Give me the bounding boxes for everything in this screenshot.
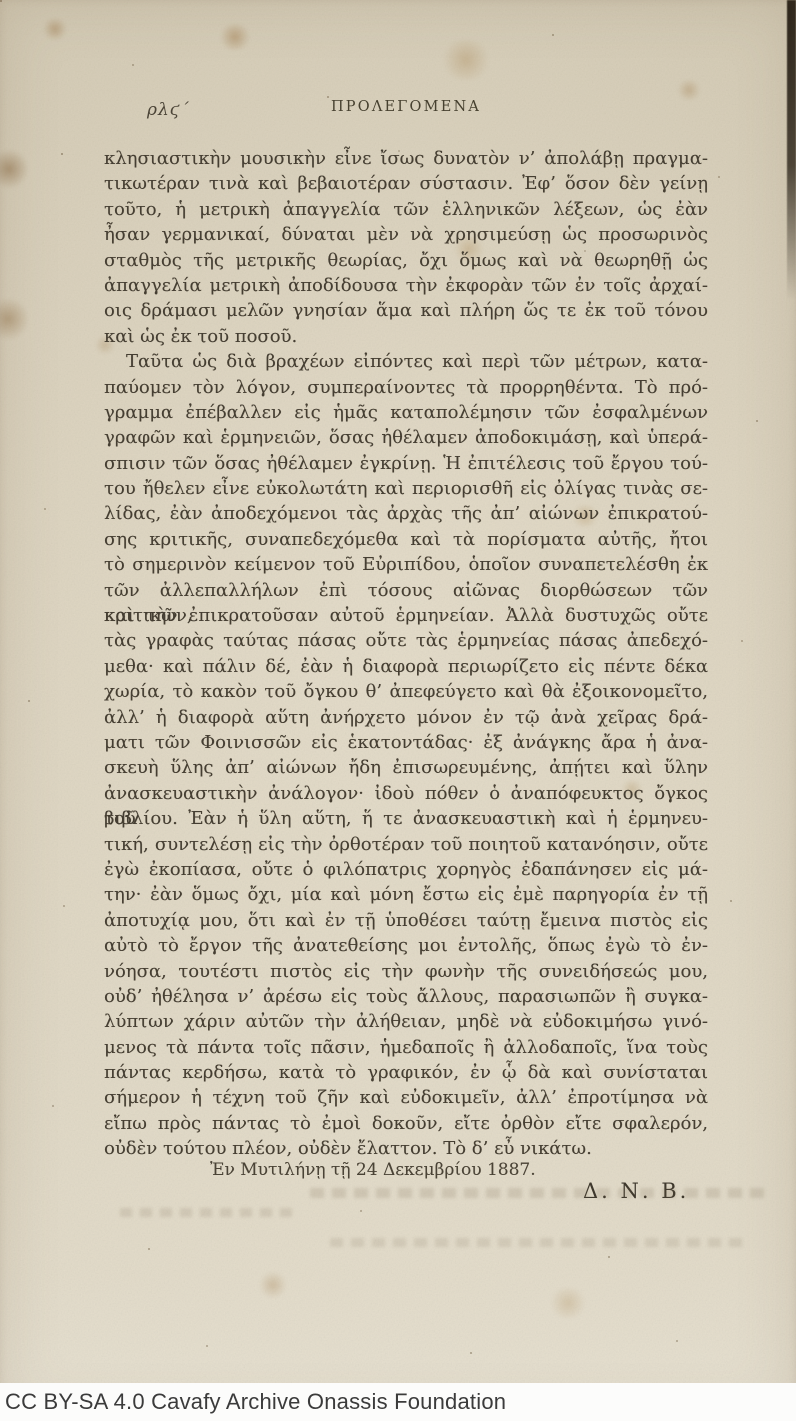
text-line: ἀλλ’ ἡ διαφορὰ αὕτη ἀνήρχετο μόνον ἐν τῷ… [104,705,708,730]
text-line: ἐγὼ ἐκοπίασα, οὔτε ὁ φιλόπατρις χορηγὸς … [104,857,708,882]
text-line: καὶ ὡς ἐκ τοῦ ποσοῦ. [104,324,708,349]
text-line: εἴπω πρὸς πάντας τὸ ἐμοὶ δοκοῦν, εἴτε ὀρ… [104,1111,708,1136]
text-line: παύομεν τὸν λόγον, συμπεραίνοντες τὰ προ… [104,375,708,400]
text-line: τὸ σημερινὸν κείμενον τοῦ Εὐριπίδου, ὁπο… [104,552,708,577]
license-caption: CC BY-SA 4.0 Cavafy Archive Onassis Foun… [0,1389,506,1415]
text-line: οις δράμασι μελῶν γνησίαν ἅμα καὶ πλήρη … [104,298,708,323]
text-line: σήμερον ἡ τέχνη τοῦ ζῆν καὶ εὐδοκιμεῖν, … [104,1085,708,1110]
text-line: οὐδ’ ἠθέλησα ν’ ἀρέσω εἰς τοὺς ἄλλους, π… [104,984,708,1009]
text-line: τοῦτο, ἡ μετρικὴ ἀπαγγελία τῶν ἑλληνικῶν… [104,197,708,222]
running-title: ΠΡΟΛΕΓΟΜΕΝΑ [104,99,708,115]
paragraph: κλησιαστικὴν μουσικὴν εἶνε ἴσως δυνατὸν … [104,146,708,349]
text-line: οὐδὲν τούτου πλέον, οὐδὲν ἔλαττον. Τὸ δ’… [104,1136,708,1161]
text-line: ἀπαγγελία μετρικὴ ἀποδίδουσα τὴν ἐκφορὰν… [104,273,708,298]
text-line: καὶ τὴν ἐπικρατοῦσαν αὐτοῦ ἑρμηνείαν. Ἀλ… [104,603,708,628]
text-line: μεθα· καὶ πάλιν δέ, ἐὰν ἡ διαφορὰ περιωρ… [104,654,708,679]
text-line: πάντας κερδήσω, κατὰ τὸ γραφικόν, ἐν ᾧ δ… [104,1060,708,1085]
text-line: γραμμα ἐπέβαλλεν εἰς ἡμᾶς καταπολέμησιν … [104,400,708,425]
text-line: ἀποτυχίᾳ μου, ὅτι καὶ ἐν τῇ ὑποθέσει ταύ… [104,908,708,933]
text-line: τῶν ἀλλεπαλλήλων ἐπὶ τόσους αἰῶνας διορθ… [104,578,708,603]
text-line: σταθμὸς τῆς μετρικῆς θεωρίας, ὄχι ὅμως κ… [104,248,708,273]
text-line: μενος τὰ πάντα τοῖς πᾶσιν, ἡμεδαποῖς ἢ ἀ… [104,1035,708,1060]
paragraph: Ταῦτα ὡς διὰ βραχέων εἰπόντες καὶ περὶ τ… [104,349,708,1162]
text-line: βιβλίου. Ἐὰν ἡ ὕλη αὕτη, ἥ τε ἀνασκευαστ… [104,806,708,831]
text-line: λύπτων χάριν αὐτῶν τὴν ἀλήθειαν, μηδὲ νὰ… [104,1009,708,1034]
text-line: του ἤθελεν εἶνε εὐκολωτάτη καὶ περιορισθ… [104,476,708,501]
scanned-book-page: { "header": { "page_number": "ρλϛ´", "ti… [0,0,796,1421]
text-line: χωρία, τὸ κακὸν τοῦ ὄγκου θ’ ἀπεφεύγετο … [104,679,708,704]
text-line: νόησα, τουτέστι πιστὸς εἰς τὴν φωνὴν τῆς… [104,959,708,984]
text-line: τικωτέραν τινὰ καὶ βεβαιοτέραν σύστασιν.… [104,171,708,196]
text-line: σπισιν τῶν ὅσας ἠθέλαμεν ἐγκρίνῃ. Ἡ ἐπιτ… [104,451,708,476]
text-line: σης κριτικῆς, συναπεδεχόμεθα καὶ τὰ πορί… [104,527,708,552]
text-line: τική, συντελέσῃ εἰς τὴν ὀρθοτέραν τοῦ πο… [104,832,708,857]
dateline: Ἐν Μυτιλήνῃ τῇ 24 Δεκεμβρίου 1887. [210,1160,536,1180]
text-line: λίδας, ἐὰν ἀποδεχόμενοι τὰς ἀρχὰς τῆς ἀπ… [104,501,708,526]
text-line: ματι τῶν Φοινισσῶν εἰς ἑκατοντάδας· ἐξ ἀ… [104,730,708,755]
text-line: τὰς γραφὰς ταύτας πάσας οὔτε τὰς ἑρμηνεί… [104,628,708,653]
text-line: ἀνασκευαστικὴν ἀνάλογον· ἰδοὺ πόθεν ὁ ἀν… [104,781,708,806]
text-line: αὐτὸ τὸ ἔργον τῆς ἀνατεθείσης μοι ἐντολῆ… [104,933,708,958]
text-column: κλησιαστικὴν μουσικὴν εἶνε ἴσως δυνατὸν … [104,146,708,1162]
signature-initials: Δ. Ν. Β. [583,1179,689,1203]
text-line: σκευὴ ὕλης ἀπ’ αἰώνων ἤδη ἐπισωρευμένης,… [104,755,708,780]
text-line: γραφῶν καὶ ἑρμηνειῶν, ὅσας ἠθέλαμεν ἀποδ… [104,425,708,450]
text-line: Ταῦτα ὡς διὰ βραχέων εἰπόντες καὶ περὶ τ… [104,349,708,374]
text-line: ἦσαν γερμανικαί, δύναται μὲν νὰ χρησιμεύ… [104,222,708,247]
license-bar: CC BY-SA 4.0 Cavafy Archive Onassis Foun… [0,1383,796,1421]
text-line: κλησιαστικὴν μουσικὴν εἶνε ἴσως δυνατὸν … [104,146,708,171]
text-line: την· ἐὰν ὅμως ὄχι, μία καὶ μόνη ἔστω εἰς… [104,882,708,907]
